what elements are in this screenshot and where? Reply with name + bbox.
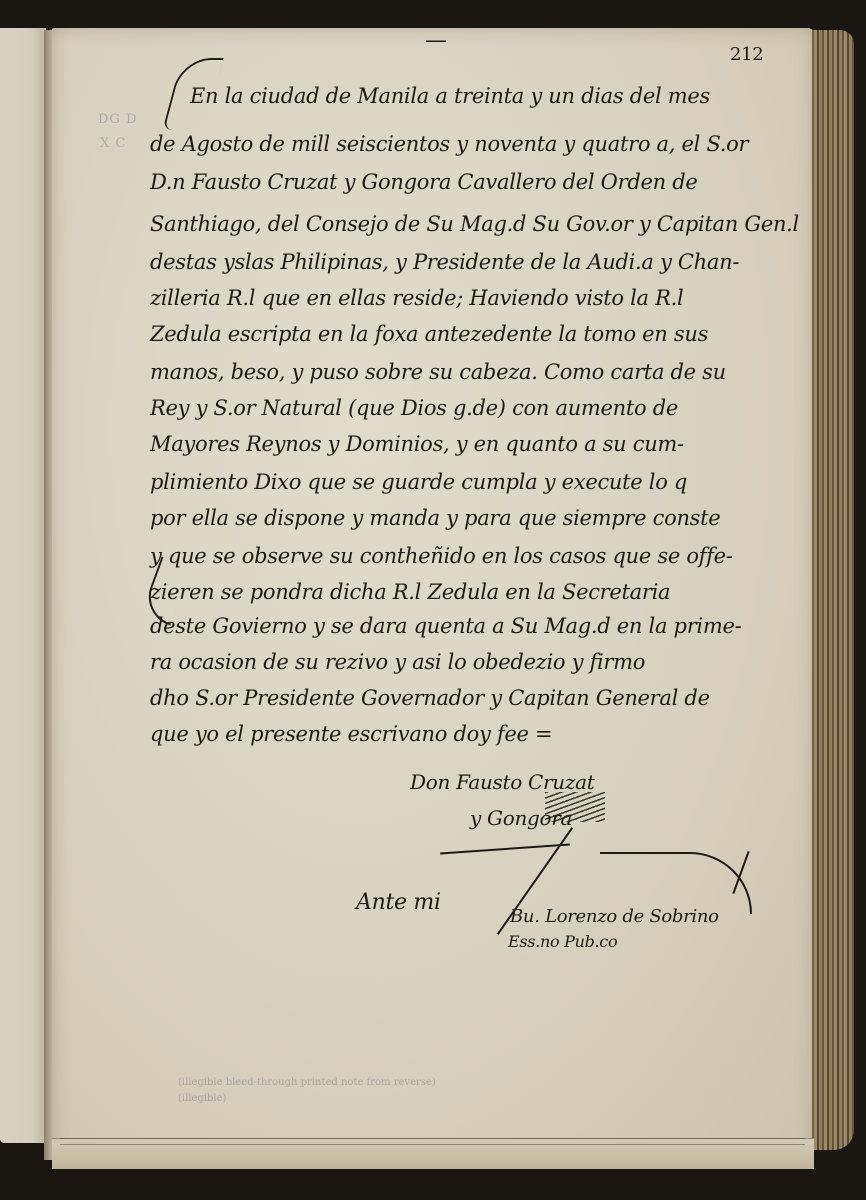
page-block-edge: [812, 30, 854, 1150]
body-line: plimiento Dixo que se guarde cumpla y ex…: [150, 470, 687, 494]
body-line: por ella se dispone y manda y para que s…: [150, 506, 720, 530]
body-line: zilleria R.l que en ellas reside; Havien…: [150, 286, 683, 310]
bleed-through-mark: X C: [100, 136, 126, 151]
body-line: manos, beso, y puso sobre su cabeza. Com…: [150, 360, 726, 384]
notary-prefix: Ante mi: [356, 890, 441, 915]
bleed-through-mark: DG D: [98, 112, 137, 127]
body-line: de Agosto de mill seiscientos y noventa …: [150, 132, 748, 156]
body-line: D.n Fausto Cruzat y Gongora Cavallero de…: [150, 170, 697, 194]
body-line: En la ciudad de Manila a treinta y un di…: [190, 84, 710, 108]
bottom-rule: [60, 1144, 805, 1145]
body-line: destas yslas Philipinas, y Presidente de…: [150, 250, 739, 274]
body-line: dho S.or Presidente Governador y Capitan…: [150, 686, 710, 710]
notary-title: Ess.no Pub.co: [508, 932, 617, 951]
signature-rubric: [545, 792, 605, 822]
header-flourish: —: [425, 28, 447, 53]
body-line: Zedula escripta en la foxa antezedente l…: [150, 322, 708, 346]
bottom-rule: [60, 1138, 805, 1139]
body-line: que yo el presente escrivano doy fee =: [150, 722, 552, 746]
body-line: deste Govierno y se dara quenta a Su Mag…: [150, 614, 741, 638]
body-line: Rey y S.or Natural (que Dios g.de) con a…: [150, 396, 678, 420]
body-line: y que se observe su contheñido en los ca…: [150, 544, 733, 568]
folio-number: 212: [730, 44, 763, 65]
page-bottom-margin: [52, 1138, 814, 1169]
left-page: [0, 28, 46, 1143]
bleed-through-footer: (illegible): [178, 1093, 226, 1104]
body-line: ra ocasion de su rezivo y asi lo obedezi…: [150, 650, 645, 674]
body-line: Mayores Reynos y Dominios, y en quanto a…: [150, 432, 684, 456]
signature-governor-line1: Don Fausto Cruzat: [410, 770, 594, 794]
body-line: zieren se pondra dicha R.l Zedula en la …: [150, 580, 670, 604]
body-line: Santhiago, del Consejo de Su Mag.d Su Go…: [150, 212, 799, 236]
bleed-through-footer: (illegible bleed-through printed note fr…: [178, 1077, 436, 1088]
